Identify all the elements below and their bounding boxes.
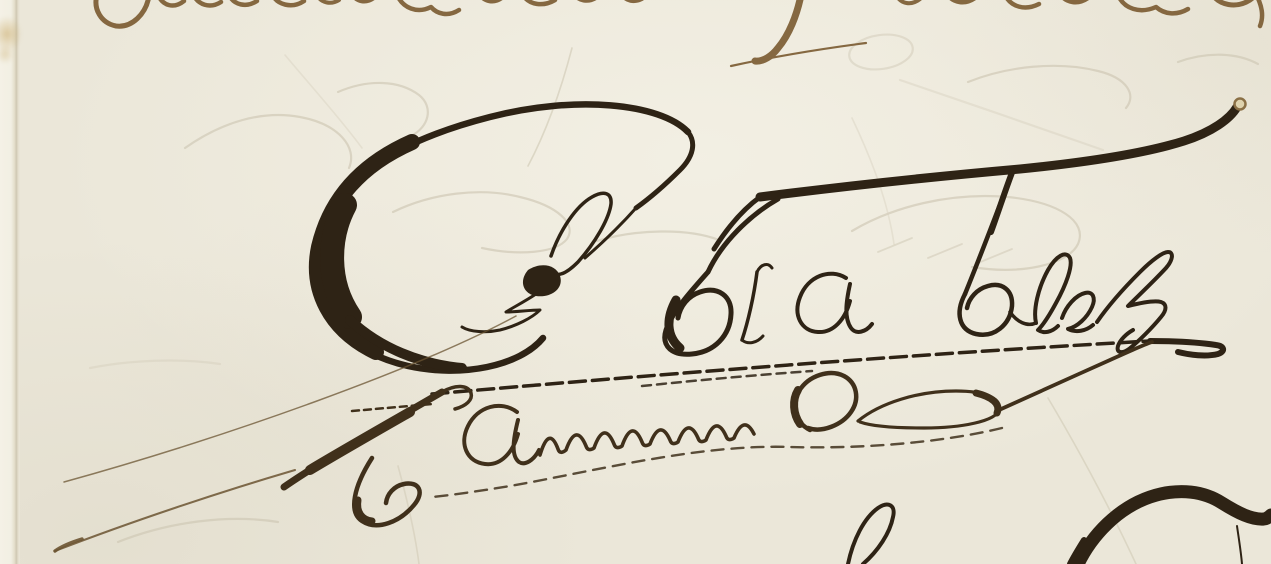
signature-blot-tail	[462, 294, 540, 332]
top-line-stroke	[479, 0, 502, 1]
signature-letter-r	[742, 336, 763, 343]
partial-hairline	[1237, 526, 1242, 564]
letter-D-loop-thick	[794, 390, 800, 424]
signature-letter-r	[742, 272, 757, 340]
letter-h-hook	[442, 386, 471, 409]
signature-underline	[432, 341, 1223, 394]
bleedthrough-line	[900, 80, 1103, 150]
bleedthrough-squiggle	[118, 519, 278, 542]
top-line-descender	[755, 0, 801, 61]
signature-ink-blot	[523, 265, 561, 296]
top-line-stroke	[622, 0, 642, 1]
letter-o-long-thick	[976, 393, 998, 413]
letter-h-stem	[310, 412, 410, 470]
rising-flourish	[999, 342, 1152, 410]
top-line-stroke	[1118, 0, 1188, 13]
bleedthrough-marks	[90, 31, 1258, 542]
letter-h-foot-loop	[358, 500, 372, 521]
top-line-crossbar	[731, 43, 866, 66]
top-line-stroke	[96, 0, 149, 26]
signature-letter-a	[797, 274, 872, 332]
signature-letter-e	[1062, 293, 1094, 331]
bleedthrough-squiggle	[185, 115, 351, 168]
top-line-stroke	[1212, 0, 1262, 5]
next-line-partial	[848, 492, 1271, 564]
bleedthrough-squiggle	[338, 83, 428, 136]
top-line-stroke	[1060, 0, 1088, 2]
signature-letter-r	[757, 265, 772, 272]
partial-heavy-curve	[1078, 492, 1271, 564]
bleedthrough-hatch	[878, 238, 1012, 263]
bleedthrough-squiggle	[90, 361, 220, 368]
letter-D-loop	[795, 373, 856, 430]
bleedthrough-squiggle	[597, 231, 719, 241]
signature-inner-loop	[551, 193, 611, 274]
manuscript-page	[0, 0, 1271, 564]
handwriting-layer	[0, 0, 1271, 564]
top-line-stroke	[397, 0, 459, 14]
bleedthrough-squiggle	[393, 192, 570, 252]
underline-dashed	[432, 341, 1150, 394]
top-line-stroke	[158, 0, 184, 6]
top-line-stroke	[523, 0, 555, 4]
leadin-hairline-tip	[55, 539, 82, 551]
signature-letter-z-flourish	[1097, 252, 1172, 352]
underline-end-hook	[1150, 341, 1223, 355]
top-line-fragment	[96, 0, 1262, 66]
crease	[285, 55, 362, 148]
top-line-stroke	[352, 0, 374, 1]
top-line-stroke	[193, 0, 221, 5]
signature-letter-b-exit	[1010, 312, 1036, 324]
top-line-stroke	[896, 0, 920, 3]
top-line-stroke	[272, 0, 304, 5]
top-line-stroke	[1256, 0, 1262, 26]
top-line-stroke	[317, 0, 339, 3]
signature-bar-tip-blot	[1235, 99, 1246, 110]
top-line-stroke	[229, 0, 257, 5]
top-line-stroke	[947, 0, 975, 2]
bleedthrough-squiggle	[968, 66, 1130, 108]
crease-lines	[285, 48, 1136, 564]
partial-loop-ascender	[848, 505, 894, 564]
signature-letter-b-ascender	[991, 170, 1013, 232]
bleedthrough-ring	[847, 31, 915, 74]
top-line-stroke	[574, 0, 596, 1]
bleedthrough-squiggle	[1178, 55, 1258, 64]
signature-initial-return	[636, 132, 693, 208]
signature-main	[64, 99, 1246, 483]
leadin-hairline	[55, 470, 295, 551]
signature-bar-flourish	[760, 107, 1237, 197]
signature-initial-thick	[332, 205, 350, 317]
signature-bar-leadin	[714, 197, 760, 249]
signature-hairline-flourish	[64, 316, 516, 482]
top-line-stroke	[1005, 0, 1039, 7]
letter-a	[464, 406, 539, 464]
